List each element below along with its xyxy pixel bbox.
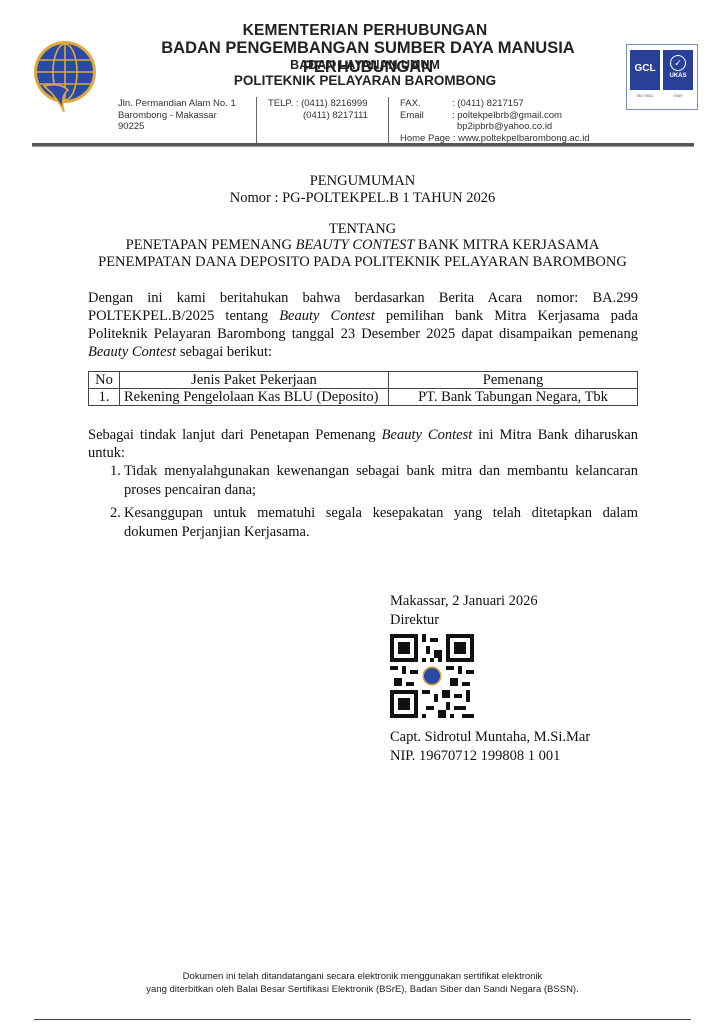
homepage-label: Home Page [400, 133, 450, 144]
list-number: 1. [110, 462, 121, 481]
telp-number: (0411) 8216999 [301, 98, 367, 109]
check-icon: ✓ [670, 55, 686, 71]
table-header-row: No Jenis Paket Pekerjaan Pemenang [89, 372, 638, 389]
letterhead-ministry: KEMENTERIAN PERHUBUNGAN [110, 22, 620, 40]
fax-label: FAX. [400, 98, 452, 110]
announcement-about: TENTANG [80, 221, 645, 238]
footer-rule [34, 1019, 691, 1020]
letterhead-unit: BADAN LAYANAN UMUM [110, 58, 620, 72]
obligations-list: 1.Tidak menyalahgunakan kewenangan sebag… [88, 462, 638, 546]
cell-no: 1. [89, 389, 120, 406]
announcement-subject: PENETAPAN PEMENANG BEAUTY CONTEST BANK M… [80, 237, 645, 254]
telp-label: TELP. : [268, 98, 298, 109]
signature-role: Direktur [390, 612, 439, 629]
ukas-badge-icon: ✓ UKAS [663, 50, 693, 90]
intro-text: sebagai berikut: [176, 344, 272, 360]
gcl-badge-icon: GCL [630, 50, 660, 90]
subject-text: BANK MITRA KERJASAMA [414, 237, 599, 253]
header-jenis-paket: Jenis Paket Pekerjaan [120, 372, 389, 389]
certification-badges: GCL ISO 9001 ✓ UKAS 0049 [626, 44, 698, 110]
list-text: Kesanggupan untuk mematuhi segala kesepa… [124, 505, 638, 540]
footer-line: Dokumen ini telah ditandatangani secara … [100, 970, 625, 983]
e-signature-footer: Dokumen ini telah ditandatangani secara … [100, 970, 625, 996]
fax-number: : (0411) 8217157 [452, 98, 524, 109]
email-link[interactable]: : poltekpelbrb@gmail.com [452, 110, 562, 121]
intro-paragraph: Dengan ini kami beritahukan bahwa berdas… [88, 289, 638, 361]
footer-line: yang diterbitkan oleh Balai Besar Sertif… [100, 983, 625, 996]
cell-jenis-paket: Rekening Pengelolaan Kas BLU (Deposito) [120, 389, 389, 406]
followup-paragraph: Sebagai tindak lanjut dari Penetapan Pem… [88, 426, 638, 462]
email-label: Email [400, 110, 452, 122]
intro-emphasis: Beauty Contest [88, 344, 176, 360]
ukas-label: UKAS [663, 73, 693, 79]
intro-emphasis: Beauty Contest [279, 308, 375, 324]
address-line: Barombong - Makassar [118, 110, 236, 122]
email-link[interactable]: bp2ipbrb@yahoo.co.id [400, 121, 590, 133]
list-item: 2.Kesanggupan untuk mematuhi segala kese… [88, 504, 638, 542]
signatory-name: Capt. Sidrotul Muntaha, M.Si.Mar [390, 729, 590, 746]
announcement-number: Nomor : PG-POLTEKPEL.B 1 TAHUN 2026 [80, 190, 645, 207]
gcl-caption: ISO 9001 [630, 93, 660, 98]
followup-text: Sebagai tindak lanjut dari Penetapan Pem… [88, 427, 382, 443]
address-line: 90225 [118, 121, 236, 133]
contact-address: Jln. Permandian Alam No. 1 Barombong - M… [118, 98, 236, 133]
header-pemenang: Pemenang [389, 372, 638, 389]
announcement-title: PENGUMUMAN [80, 173, 645, 190]
followup-emphasis: Beauty Contest [382, 427, 473, 443]
contact-divider [256, 97, 257, 143]
telp-number: (0411) 8217111 [268, 110, 368, 122]
letterhead-institution: POLITEKNIK PELAYARAN BAROMBONG [110, 73, 620, 88]
homepage-link[interactable]: : www.poltekpelbarombong.ac.id [453, 133, 590, 144]
table-row: 1. Rekening Pengelolaan Kas BLU (Deposit… [89, 389, 638, 406]
list-number: 2. [110, 504, 121, 523]
ukas-caption: 0049 [663, 93, 693, 98]
address-line: Jln. Permandian Alam No. 1 [118, 98, 236, 110]
winner-table: No Jenis Paket Pekerjaan Pemenang 1. Rek… [88, 371, 638, 406]
signatory-nip: NIP. 19670712 199808 1 001 [390, 748, 560, 765]
gcl-label: GCL [630, 63, 660, 74]
list-text: Tidak menyalahgunakan kewenangan sebagai… [124, 463, 638, 498]
contact-fax-email: FAX.: (0411) 8217157 Email: poltekpelbrb… [400, 98, 590, 144]
list-item: 1.Tidak menyalahgunakan kewenangan sebag… [88, 462, 638, 500]
letterhead-rule [32, 143, 694, 147]
contact-divider [388, 97, 389, 143]
contact-telephone: TELP. : (0411) 8216999 (0411) 8217111 [268, 98, 368, 121]
ministry-logo-icon [30, 38, 100, 118]
qr-code-signature-icon[interactable] [390, 634, 474, 718]
subject-emphasis: BEAUTY CONTEST [296, 237, 415, 253]
header-no: No [89, 372, 120, 389]
subject-text: PENETAPAN PEMENANG [126, 237, 296, 253]
signature-place-date: Makassar, 2 Januari 2026 [390, 593, 538, 610]
announcement-subject-line2: PENEMPATAN DANA DEPOSITO PADA POLITEKNIK… [60, 254, 665, 271]
cell-pemenang: PT. Bank Tabungan Negara, Tbk [389, 389, 638, 406]
